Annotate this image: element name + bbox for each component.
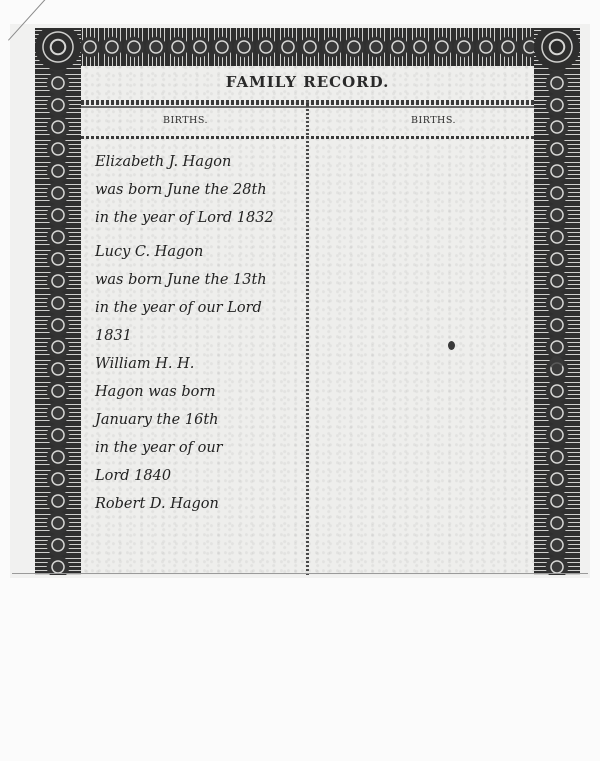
entry-line: 1831 <box>95 322 303 350</box>
entry-line: Lord 1840 <box>95 462 303 490</box>
ornamental-border-right <box>534 28 580 575</box>
birth-entry: Elizabeth J. Hagon was born June the 28t… <box>95 148 303 232</box>
ink-spot <box>448 341 455 350</box>
entry-line: in the year of our Lord <box>95 294 303 322</box>
ornamental-border-left <box>35 28 81 575</box>
ink-spot <box>550 356 563 370</box>
entry-line: Robert D. Hagon <box>95 490 303 518</box>
scanned-page: FAMILY RECORD. BIRTHS. BIRTHS. Elizabeth… <box>0 0 600 761</box>
entry-line: in the year of Lord 1832 <box>95 204 303 232</box>
births-header-left: BIRTHS. <box>163 115 208 126</box>
birth-entry: William H. H. Hagon was born January the… <box>95 350 303 490</box>
column-divider <box>306 100 309 575</box>
entry-line: Lucy C. Hagon <box>95 238 303 266</box>
entry-line: January the 16th <box>95 406 303 434</box>
record-body: FAMILY RECORD. BIRTHS. BIRTHS. Elizabeth… <box>81 66 534 575</box>
ornamental-border-top <box>35 28 580 66</box>
entry-line: was born June the 13th <box>95 266 303 294</box>
birth-entry: Robert D. Hagon <box>95 490 303 518</box>
record-title: FAMILY RECORD. <box>81 73 534 91</box>
birth-entry: Lucy C. Hagon was born June the 13th in … <box>95 238 303 350</box>
births-header-right: BIRTHS. <box>411 115 456 126</box>
family-record-sheet: FAMILY RECORD. BIRTHS. BIRTHS. Elizabeth… <box>35 28 580 575</box>
entry-line: was born June the 28th <box>95 176 303 204</box>
entry-line: in the year of our <box>95 434 303 462</box>
scan-edge <box>12 573 588 574</box>
entry-line: William H. H. <box>95 350 303 378</box>
entry-line: Elizabeth J. Hagon <box>95 148 303 176</box>
births-entries-left: Elizabeth J. Hagon was born June the 28t… <box>95 148 303 518</box>
entry-line: Hagon was born <box>95 378 303 406</box>
